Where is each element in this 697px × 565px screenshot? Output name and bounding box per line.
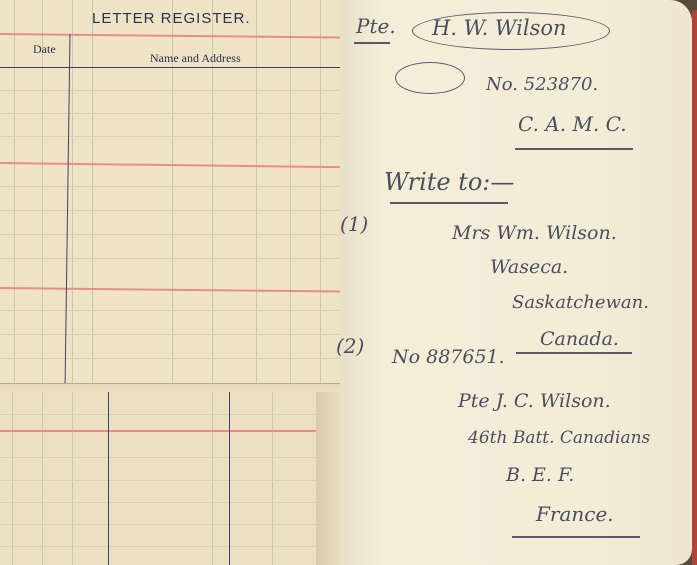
address-1-line-3: Saskatchewan. [512, 292, 649, 313]
header-rule [0, 67, 340, 68]
address-2-line-5: France. [536, 502, 614, 526]
rank-text: Pte. [356, 14, 396, 38]
address-1-line-4: Canada. [540, 328, 619, 350]
address-2-marker: (2) [336, 334, 364, 358]
address-1-marker: (1) [340, 212, 368, 236]
address-1-line-1: Mrs Wm. Wilson. [452, 222, 617, 244]
address-1-line-2: Waseca. [490, 256, 568, 278]
address-2-line-4: B. E. F. [506, 464, 574, 486]
address-2-line-2: Pte J. C. Wilson. [458, 390, 611, 412]
cover-edge [692, 10, 697, 565]
empty-oval [395, 62, 465, 94]
soldier-name: H. W. Wilson [432, 16, 567, 40]
address-2-line-3: 46th Batt. Canadians [468, 428, 650, 448]
lower-register-sheet [0, 392, 316, 565]
unit-text: C. A. M. C. [518, 112, 627, 136]
letter-register-page: LETTER REGISTER. Date Name and Address [0, 0, 340, 565]
service-number: No. 523870. [486, 74, 598, 95]
handwritten-page: Pte. H. W. Wilson No. 523870. C. A. M. C… [340, 0, 692, 565]
column-header-name-address: Name and Address [150, 51, 241, 66]
address-2-line-1: No 887651. [392, 346, 505, 368]
notebook-spread: LETTER REGISTER. Date Name and Address P… [0, 0, 697, 565]
gutter-shadow [316, 392, 340, 565]
write-to-heading: Write to:— [384, 168, 514, 196]
register-title: LETTER REGISTER. [92, 10, 251, 27]
column-header-date: Date [33, 42, 56, 57]
